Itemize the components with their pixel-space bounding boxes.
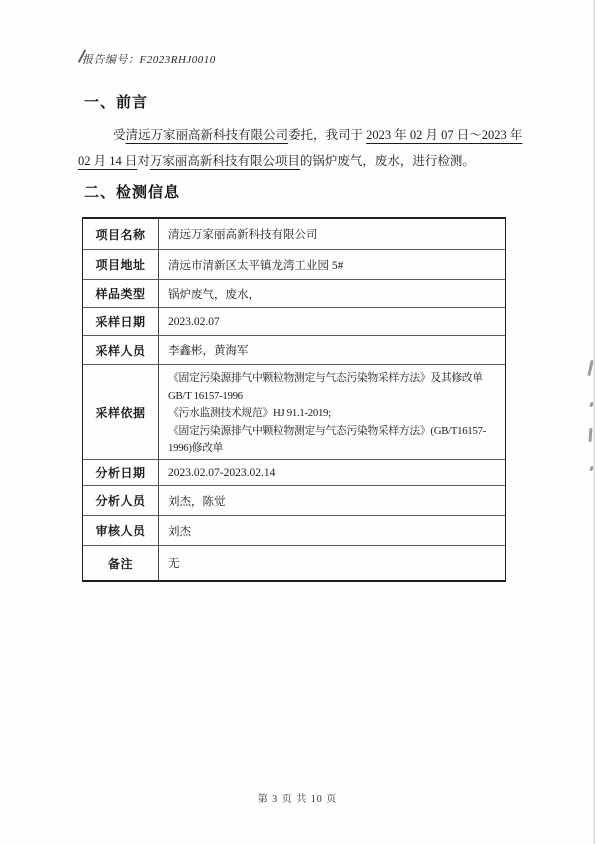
report-number-label: 报告编号： [82,54,140,66]
table-row-label: 采样人员 [83,336,159,364]
table-row-value: 李鑫彬，黄海军 [159,336,505,364]
table-row: 分析人员刘杰，陈觉 [83,485,505,515]
table-value-line: 《固定污染源排气中颗粒物测定与气态污染物采样方法》(GB/T16157-1996… [168,423,501,458]
section-title-foreword: 一、前言 [84,91,148,112]
table-row: 项目地址清远市清新区太平镇龙湾工业园 5# [83,249,505,279]
report-page: 报告编号：F2023RHJ0010 一、前言 受清远万家丽高新科技有限公司委托，… [0,0,595,844]
table-row: 审核人员刘杰 [83,515,505,545]
foreword-line: 02 月 14 日对万家丽高新科技有限公项目的锅炉废气，废水，进行检测。 [78,149,518,175]
table-row: 采样人员李鑫彬，黄海军 [83,335,505,364]
table-row-label: 采样依据 [83,365,159,459]
table-row-value: 无 [159,546,505,580]
table-row-value: 锅炉废气，废水， [159,280,505,307]
foreword-underlined-text: 万家丽高新科技有限公项目 [150,154,300,168]
table-row-value: 《固定污染源排气中颗粒物测定与气态污染物采样方法》及其修改单GB/T 16157… [159,365,505,459]
foreword-text: 受 [113,128,126,142]
table-row-label: 项目地址 [83,250,159,279]
table-row-label: 采样日期 [83,308,159,335]
table-row: 项目名称清远万家丽高新科技有限公司 [83,219,505,249]
table-row-label: 分析人员 [83,486,159,515]
foreword-underlined-text: 02 月 14 日 [78,154,137,168]
table-row: 样品类型锅炉废气，废水， [83,279,505,307]
foreword-text: 的锅炉废气，废水，进行检测。 [300,154,475,168]
scan-artifact-mark [589,428,593,442]
table-row: 分析日期2023.02.07-2023.02.14 [83,459,505,485]
table-row-value: 清远市清新区太平镇龙湾工业园 5# [159,250,505,279]
table-row-value: 刘杰 [159,516,505,545]
report-number-line: 报告编号：F2023RHJ0010 [82,51,216,67]
table-row-label: 备注 [83,546,159,580]
table-row-value: 2023.02.07 [159,308,505,335]
table-row-label: 项目名称 [83,219,159,249]
table-row-value: 清远万家丽高新科技有限公司 [159,219,505,249]
table-row-label: 审核人员 [83,516,159,545]
foreword-text: 对 [137,154,150,168]
table-row-label: 样品类型 [83,280,159,307]
table-row: 采样日期2023.02.07 [83,307,505,335]
report-number-value: F2023RHJ0010 [140,54,216,66]
foreword-underlined-text: 2023 年 02 月 07 日～2023 年 [366,128,522,142]
foreword-paragraph: 受清远万家丽高新科技有限公司委托，我司于 2023 年 02 月 07 日～20… [78,123,518,174]
table-row: 采样依据《固定污染源排气中颗粒物测定与气态污染物采样方法》及其修改单GB/T 1… [83,364,505,459]
table-row-value: 2023.02.07-2023.02.14 [159,460,505,485]
section-title-info: 二、检测信息 [84,181,180,202]
table-row-value: 刘杰，陈觉 [159,486,505,515]
table-row-label: 分析日期 [83,460,159,485]
info-table: 项目名称清远万家丽高新科技有限公司项目地址清远市清新区太平镇龙湾工业园 5#样品… [82,217,506,582]
foreword-text: 委托，我司于 [288,128,366,142]
table-value-line: 《污水监测技术规范》HJ 91.1-2019; [168,405,501,423]
foreword-underlined-text: 清远万家丽高新科技有限公司 [126,128,289,142]
table-value-line: 《固定污染源排气中颗粒物测定与气态污染物采样方法》及其修改单GB/T 16157… [168,370,501,405]
table-row: 备注无 [83,545,505,580]
page-footer: 第 3 页 共 10 页 [0,790,595,805]
foreword-line: 受清远万家丽高新科技有限公司委托，我司于 2023 年 02 月 07 日～20… [78,123,518,149]
